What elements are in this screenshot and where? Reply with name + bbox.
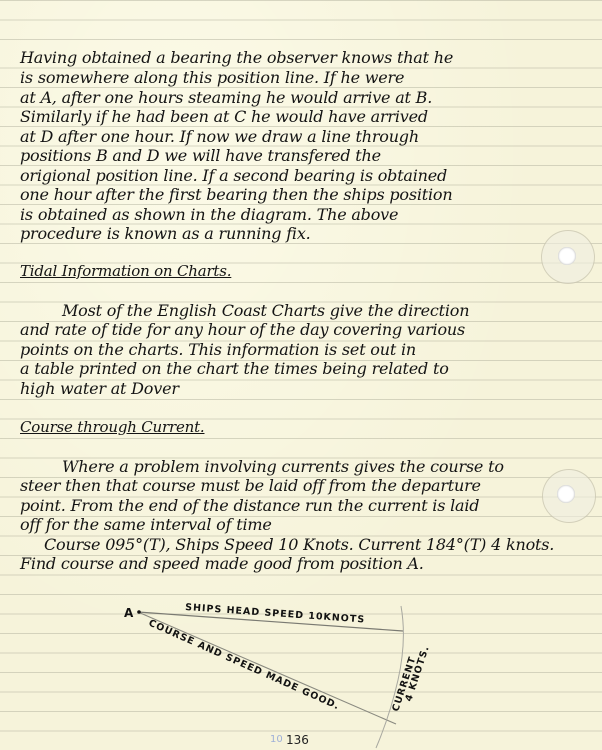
page-stamp: 10 — [270, 734, 283, 745]
point-a-dot — [137, 610, 141, 614]
course-made-good-label: COURSE AND SPEED MADE GOOD. — [147, 618, 342, 713]
current-triangle-diagram: A SHIPS HEAD SPEED 10KNOTS COURSE AND SP… — [0, 0, 602, 750]
point-a-label: A — [124, 606, 134, 620]
notebook-page: Having obtained a bearing the observer k… — [0, 0, 602, 750]
page-number: 136 — [286, 733, 309, 747]
current-line — [376, 606, 403, 748]
